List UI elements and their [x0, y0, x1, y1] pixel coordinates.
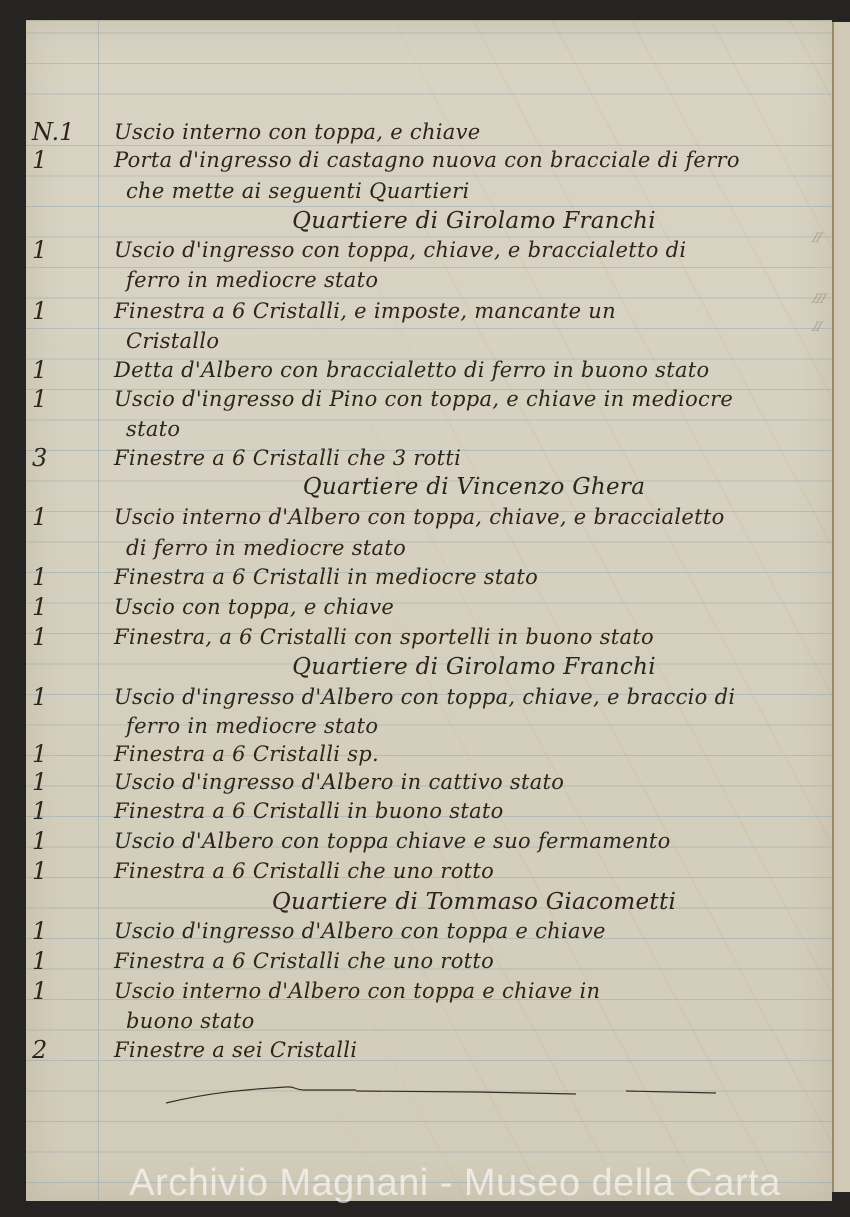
- inventory-entry: 2Finestre a sei Cristalli: [26, 1035, 832, 1065]
- inventory-entry: 1Uscio d'ingresso con toppa, chiave, e b…: [26, 235, 832, 265]
- inventory-entry: 1Finestra a 6 Cristalli in buono stato: [26, 796, 832, 826]
- entry-quantity: 2: [32, 1035, 92, 1065]
- inventory-entry: 1Uscio d'ingresso di Pino con toppa, e c…: [26, 384, 832, 414]
- entry-text: Detta d'Albero con braccialetto di ferro…: [114, 355, 710, 385]
- entry-text: Finestra a 6 Cristalli che uno rotto: [114, 856, 494, 886]
- entry-text: buono stato: [126, 1006, 255, 1036]
- entry-quantity: 1: [32, 502, 92, 532]
- inventory-entry: 1Porta d'ingresso di castagno nuova con …: [26, 145, 832, 175]
- entry-text: che mette ai seguenti Quartieri: [126, 176, 470, 206]
- entry-text: Cristallo: [126, 326, 219, 356]
- entry-quantity: 1: [32, 946, 92, 976]
- entry-text: Finestra a 6 Cristalli che uno rotto: [114, 946, 494, 976]
- inventory-entry: 1Finestra a 6 Cristalli in mediocre stat…: [26, 562, 832, 592]
- inventory-entry: 1Finestra a 6 Cristalli che uno rotto: [26, 946, 832, 976]
- entry-quantity: 1: [32, 622, 92, 652]
- entry-quantity: 3: [32, 443, 92, 473]
- entry-text: Uscio interno con toppa, e chiave: [114, 117, 481, 147]
- entry-quantity: 1: [32, 916, 92, 946]
- manuscript-page: N.1Uscio interno con toppa, e chiave1Por…: [26, 20, 832, 1201]
- entry-continuation: ferro in mediocre stato: [26, 711, 832, 741]
- section-heading: Quartiere di Vincenzo Ghera: [26, 472, 832, 502]
- entry-quantity: 1: [32, 856, 92, 886]
- section-heading: Quartiere di Girolamo Franchi: [26, 206, 832, 236]
- entry-quantity: N.1: [32, 117, 92, 147]
- inventory-entry: 1Uscio interno d'Albero con toppa, chiav…: [26, 502, 832, 532]
- entry-continuation: che mette ai seguenti Quartieri: [26, 176, 832, 206]
- entry-quantity: 1: [32, 826, 92, 856]
- entry-text: di ferro in mediocre stato: [126, 533, 406, 563]
- inventory-entry: N.1Uscio interno con toppa, e chiave: [26, 117, 832, 147]
- heading-text: Quartiere di Tommaso Giacometti: [26, 887, 832, 917]
- entry-quantity: 1: [32, 976, 92, 1006]
- entry-quantity: 1: [32, 235, 92, 265]
- entry-quantity: 1: [32, 796, 92, 826]
- entry-continuation: stato: [26, 414, 832, 444]
- entry-text: Uscio con toppa, e chiave: [114, 592, 394, 622]
- entry-text: Uscio d'ingresso con toppa, chiave, e br…: [114, 235, 686, 265]
- section-heading: Quartiere di Girolamo Franchi: [26, 652, 832, 682]
- document-viewer: N.1Uscio interno con toppa, e chiave1Por…: [0, 0, 850, 1217]
- entry-text: ferro in mediocre stato: [126, 265, 378, 295]
- entry-text: ferro in mediocre stato: [126, 711, 378, 741]
- inventory-entry: 1Uscio d'ingresso d'Albero con toppa e c…: [26, 916, 832, 946]
- entry-continuation: ferro in mediocre stato: [26, 265, 832, 295]
- entry-text: Uscio d'ingresso d'Albero in cattivo sta…: [114, 767, 564, 797]
- inventory-entry: 1Finestra a 6 Cristalli sp.: [26, 739, 832, 769]
- entry-quantity: 1: [32, 562, 92, 592]
- inventory-entry: 1Uscio con toppa, e chiave: [26, 592, 832, 622]
- section-heading: Quartiere di Tommaso Giacometti: [26, 887, 832, 917]
- inventory-entry: 1Finestra a 6 Cristalli, e imposte, manc…: [26, 296, 832, 326]
- entry-text: Uscio d'ingresso di Pino con toppa, e ch…: [114, 384, 733, 414]
- entry-quantity: 1: [32, 739, 92, 769]
- inventory-entry: 1Finestra, a 6 Cristalli con sportelli i…: [26, 622, 832, 652]
- entry-quantity: 1: [32, 384, 92, 414]
- entry-text: Finestra a 6 Cristalli in buono stato: [114, 796, 504, 826]
- entry-continuation: Cristallo: [26, 326, 832, 356]
- entry-text: Finestre a 6 Cristalli che 3 rotti: [114, 443, 461, 473]
- entry-text: Finestra a 6 Cristalli in mediocre stato: [114, 562, 538, 592]
- heading-text: Quartiere di Vincenzo Ghera: [26, 472, 832, 502]
- entry-quantity: 1: [32, 145, 92, 175]
- inventory-entry: 1Uscio d'ingresso d'Albero con toppa, ch…: [26, 682, 832, 712]
- heading-text: Quartiere di Girolamo Franchi: [26, 652, 832, 682]
- inventory-entry: 1Detta d'Albero con braccialetto di ferr…: [26, 355, 832, 385]
- entry-quantity: 1: [32, 355, 92, 385]
- entry-text: Uscio d'Albero con toppa chiave e suo fe…: [114, 826, 671, 856]
- entry-text: Uscio d'ingresso d'Albero con toppa, chi…: [114, 682, 735, 712]
- entry-text: stato: [126, 414, 180, 444]
- heading-text: Quartiere di Girolamo Franchi: [26, 206, 832, 236]
- entry-continuation: di ferro in mediocre stato: [26, 533, 832, 563]
- entry-text: Finestra, a 6 Cristalli con sportelli in…: [114, 622, 654, 652]
- archive-watermark: Archivio Magnani - Museo della Carta: [0, 1162, 850, 1205]
- inventory-entry: 1Finestra a 6 Cristalli che uno rotto: [26, 856, 832, 886]
- entry-quantity: 1: [32, 682, 92, 712]
- adjacent-page-edge: [832, 22, 850, 1192]
- inventory-entry: 1Uscio d'Albero con toppa chiave e suo f…: [26, 826, 832, 856]
- entry-quantity: 1: [32, 296, 92, 326]
- entry-quantity: 1: [32, 767, 92, 797]
- entry-quantity: 1: [32, 592, 92, 622]
- entry-text: Finestra a 6 Cristalli, e imposte, manca…: [114, 296, 616, 326]
- closing-flourish-icon: [156, 1081, 756, 1111]
- entry-text: Finestra a 6 Cristalli sp.: [114, 739, 379, 769]
- entry-text: Uscio interno d'Albero con toppa e chiav…: [114, 976, 600, 1006]
- entry-text: Uscio interno d'Albero con toppa, chiave…: [114, 502, 725, 532]
- entry-text: Uscio d'ingresso d'Albero con toppa e ch…: [114, 916, 606, 946]
- inventory-entry: 3Finestre a 6 Cristalli che 3 rotti: [26, 443, 832, 473]
- entry-text: Porta d'ingresso di castagno nuova con b…: [114, 145, 740, 175]
- entry-continuation: buono stato: [26, 1006, 832, 1036]
- inventory-entry: 1Uscio d'ingresso d'Albero in cattivo st…: [26, 767, 832, 797]
- inventory-entry: 1Uscio interno d'Albero con toppa e chia…: [26, 976, 832, 1006]
- entry-text: Finestre a sei Cristalli: [114, 1035, 357, 1065]
